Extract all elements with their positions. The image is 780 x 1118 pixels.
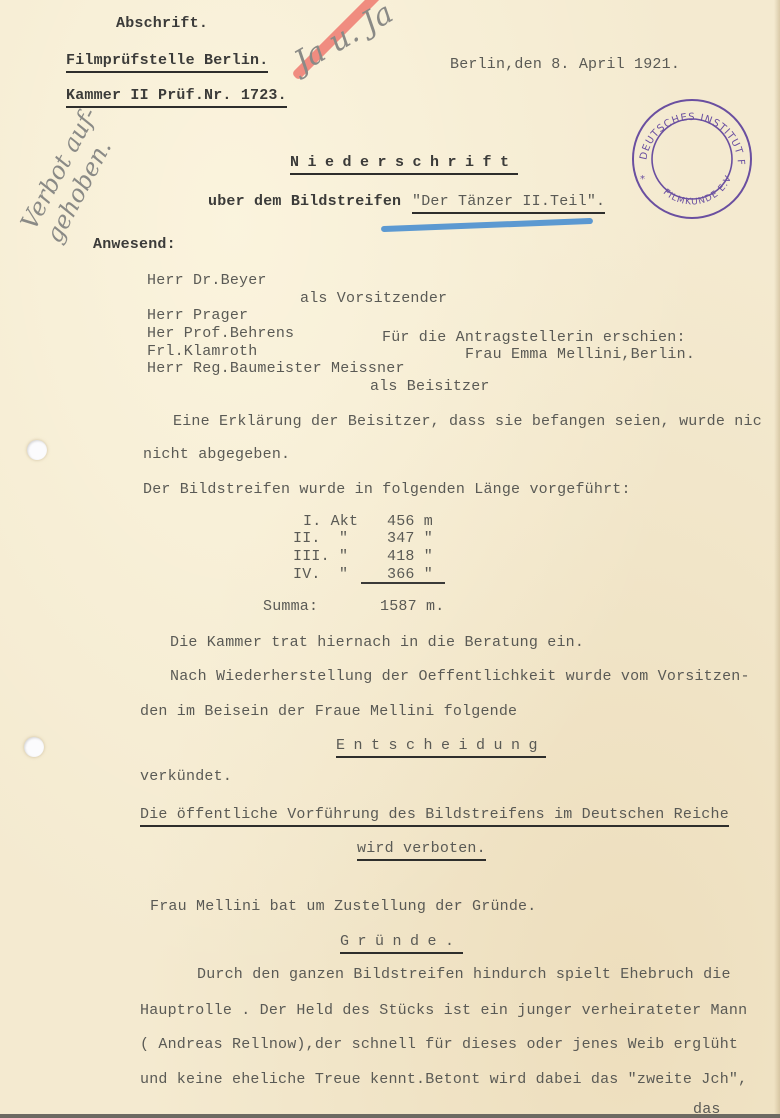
present-label: Anwesend: [93, 236, 176, 254]
verdict-line2: wird verboten. [357, 840, 486, 861]
paragraph-bias-line1: Eine Erklärung der Beisitzer, dass sie b… [173, 413, 762, 431]
act-length: 347 " [387, 530, 433, 548]
punch-hole [27, 440, 47, 460]
reasons-heading: Gründe. [340, 933, 463, 954]
reasons-line1: Durch den ganzen Bildstreifen hindurch s… [197, 966, 731, 984]
reasons-line4: und keine eheliche Treue kennt.Betont wi… [140, 1071, 747, 1089]
act-length: 456 m [387, 513, 433, 531]
svg-text:DEUTSCHES INSTITUT FÜR: DEUTSCHES INSTITUT FÜR [631, 98, 746, 166]
applicant-label: Für die Antragstellerin erschien: [382, 329, 686, 347]
handwritten-margin-note: Verbot auf-gehoben. [15, 89, 135, 248]
svg-text:*: * [640, 174, 645, 185]
film-title: "Der Tänzer II.Teil". [412, 193, 605, 214]
decision-heading: Entscheidung [336, 737, 546, 758]
page-bottom-edge [0, 1114, 780, 1118]
act-label: I. Akt [303, 513, 358, 531]
paragraph-bias-line2: nicht abgegeben. [143, 446, 290, 464]
copy-label: Abschrift. [116, 15, 208, 33]
paragraph-length: Der Bildstreifen wurde in folgenden Läng… [143, 481, 631, 499]
sum-value: 1587 m. [380, 598, 444, 616]
chamber-number: Kammer II Prüf.Nr. 1723. [66, 87, 287, 108]
office-name: Filmprüfstelle Berlin. [66, 52, 268, 73]
assessor-name: Herr Prager [147, 307, 248, 325]
chair-name: Herr Dr.Beyer [147, 272, 267, 290]
subtitle-prefix: uber dem Bildstreifen [208, 193, 401, 211]
paragraph-public-line1: Nach Wiederherstellung der Oeffentlichke… [170, 668, 750, 686]
punch-hole [24, 737, 44, 757]
date-line: Berlin,den 8. April 1921. [450, 56, 680, 74]
assessor-name: Frl.Klamroth [147, 343, 257, 361]
reasons-line2: Hauptrolle . Der Held des Stücks ist ein… [140, 1002, 747, 1020]
paragraph-public-line2: den im Beisein der Fraue Mellini folgend… [140, 703, 517, 721]
assessor-name: Herr Reg.Baumeister Meissner [147, 360, 405, 378]
act-label: IV. " [293, 566, 348, 584]
paragraph-deliberation: Die Kammer trat hiernach in die Beratung… [170, 634, 584, 652]
sum-underline [361, 582, 445, 584]
applicant-name: Frau Emma Mellini,Berlin. [465, 346, 695, 364]
act-label: II. " [293, 530, 348, 548]
document-title: Niederschrift [290, 154, 518, 175]
act-length: 418 " [387, 548, 433, 566]
handwritten-initials: Ja u. Ja [288, 0, 399, 80]
verdict-line1: Die öffentliche Vorführung des Bildstrei… [140, 806, 729, 827]
sum-label: Summa: [263, 598, 318, 616]
document-page: Ja u. Ja Verbot auf-gehoben. DEUTSCHES I… [0, 0, 780, 1118]
act-label: III. " [293, 548, 348, 566]
institute-stamp: DEUTSCHES INSTITUT FÜR FILMKUNDE E.V. * [631, 98, 753, 220]
request-reasons: Frau Mellini bat um Zustellung der Gründ… [150, 898, 536, 916]
page-edge [774, 0, 780, 1118]
assessors-role: als Beisitzer [370, 378, 490, 396]
announced: verkündet. [140, 768, 232, 786]
chair-role: als Vorsitzender [300, 290, 447, 308]
reasons-line3: ( Andreas Rellnow),der schnell für diese… [140, 1036, 738, 1054]
assessor-name: Her Prof.Behrens [147, 325, 294, 343]
blue-pencil-mark [381, 218, 593, 232]
